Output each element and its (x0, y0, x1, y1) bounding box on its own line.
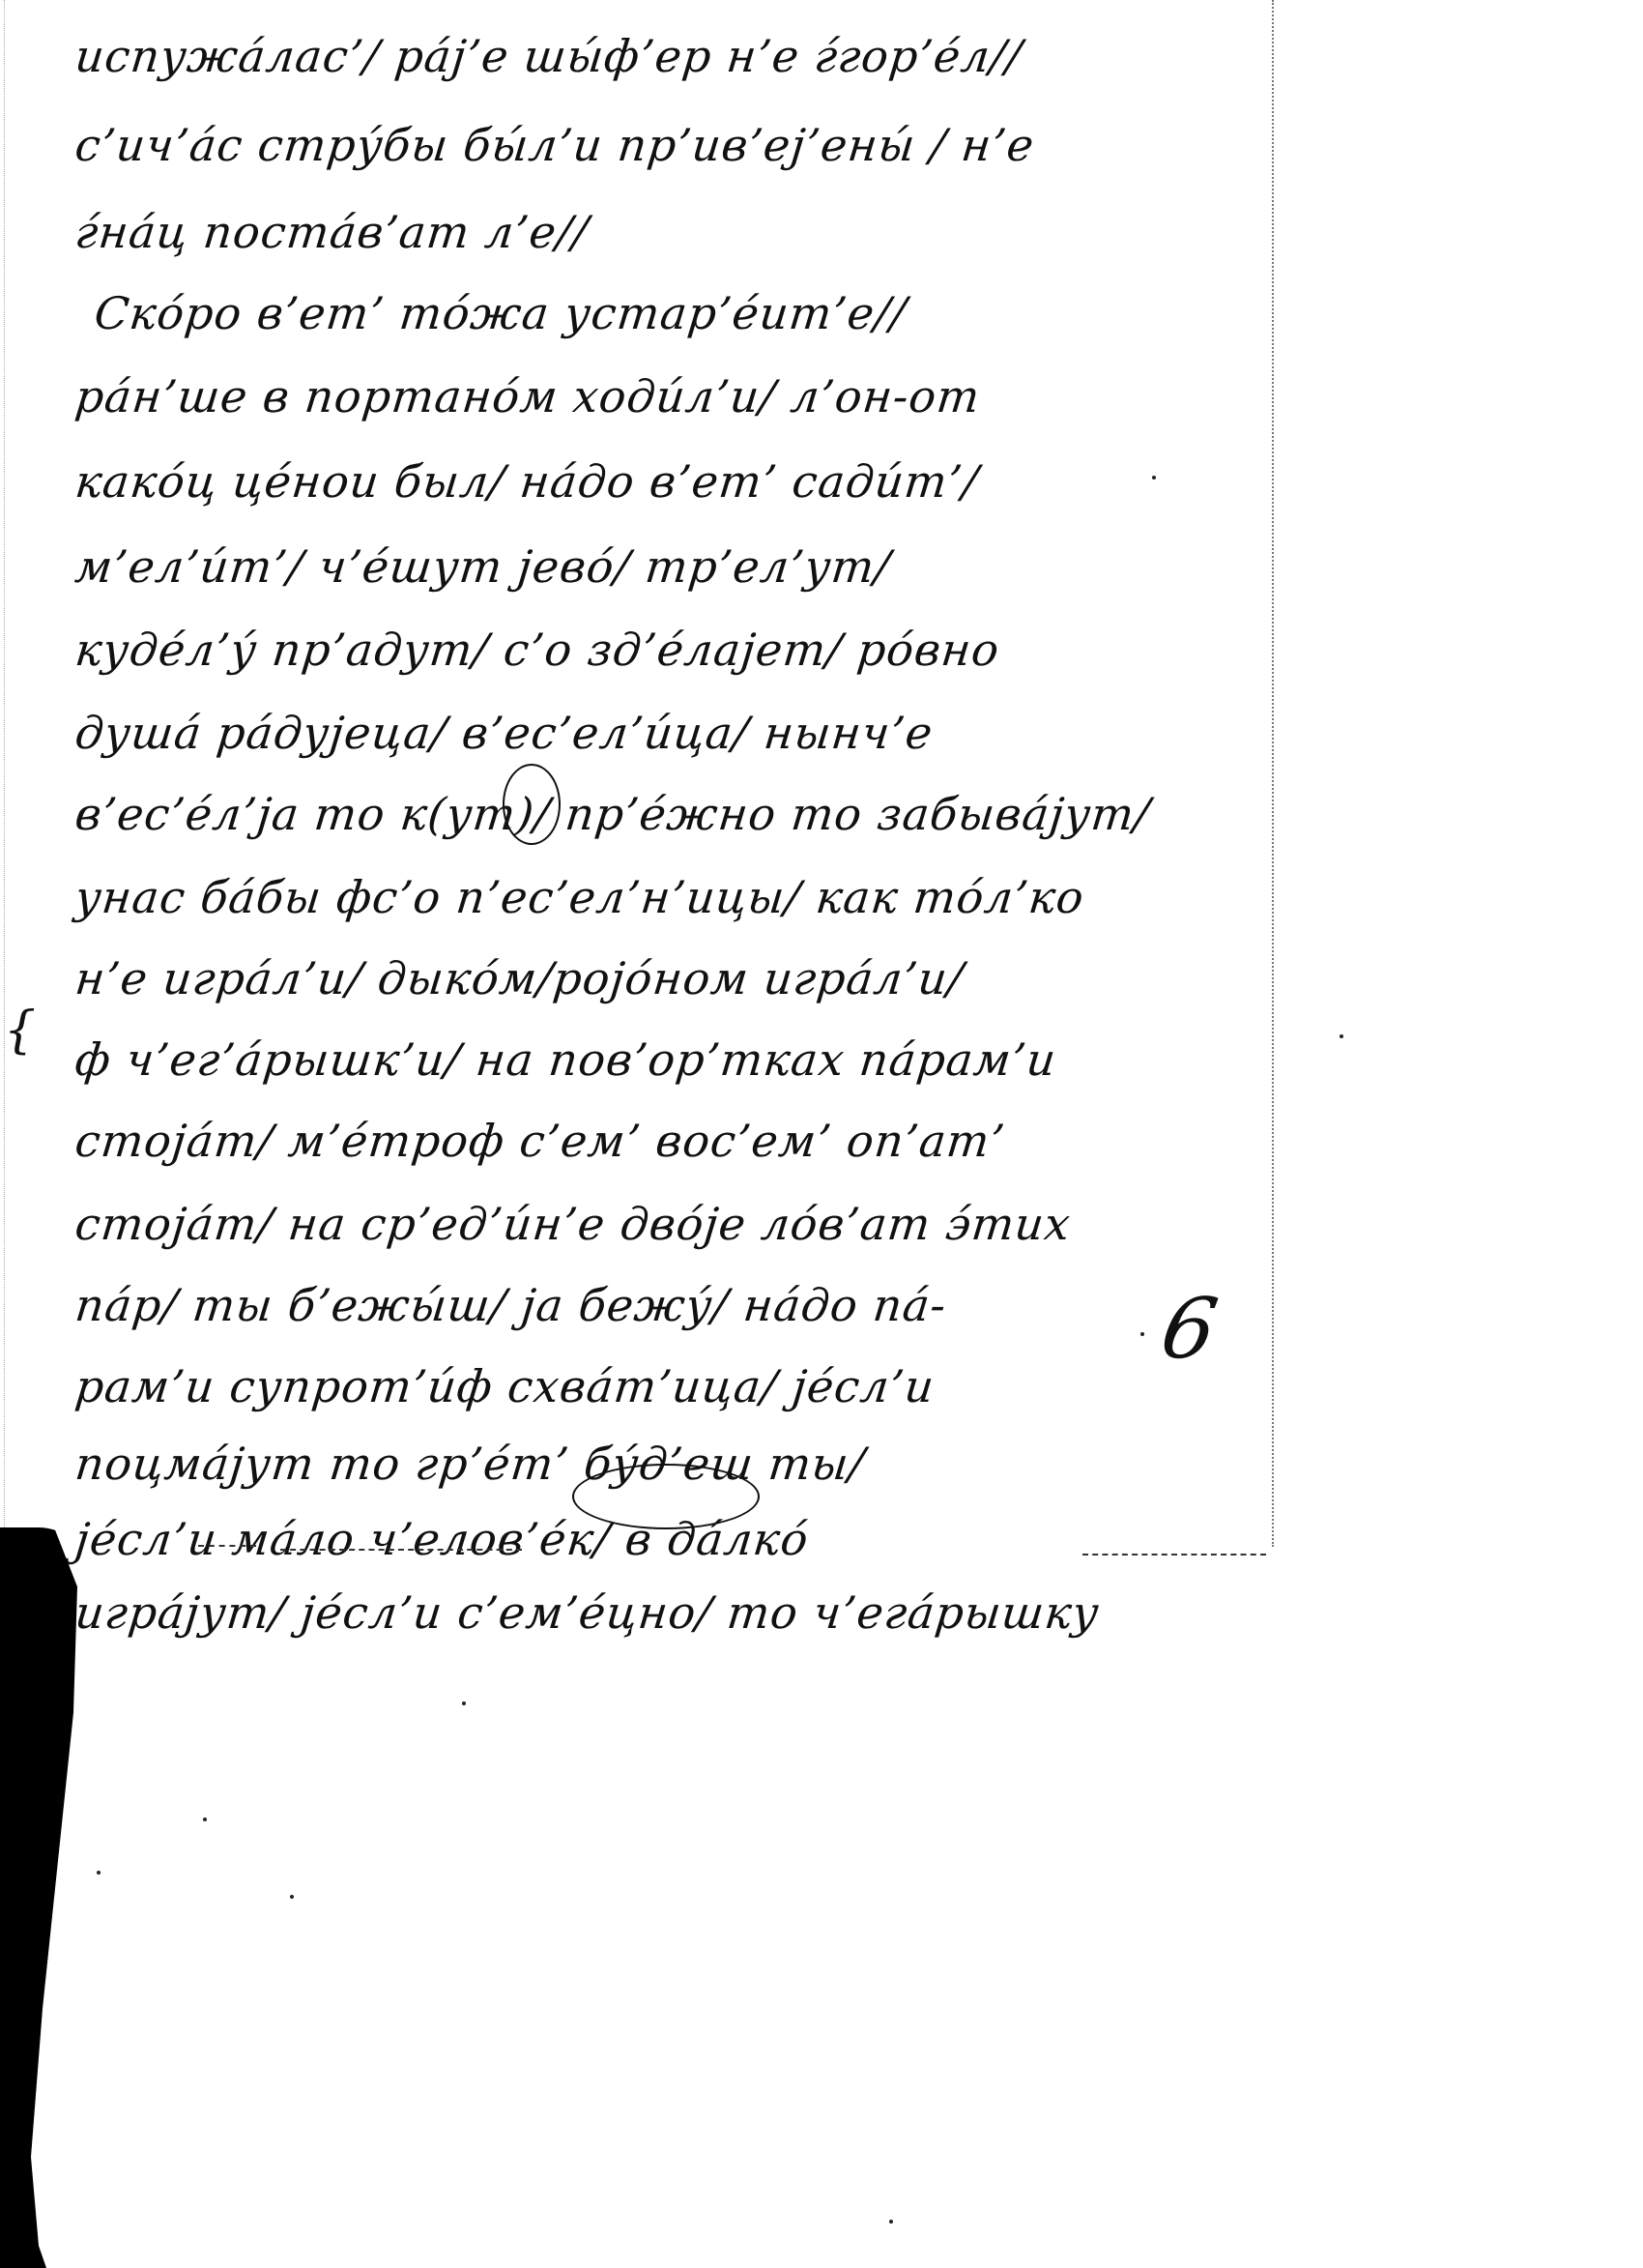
manuscript-line-7: м’ел’и́т’/ ч’éшут јевó/ тр’ел’ут/ (72, 538, 894, 596)
underline-stroke (1082, 1554, 1266, 1556)
scan-shadow (0, 1527, 77, 2268)
scan-speck (1340, 1034, 1343, 1038)
manuscript-line-3: ѓнáц постáв’ат л’е// (72, 203, 591, 261)
manuscript-line-10: в’ес’éл’ја то к(ут)/ пр’éжно то забывáју… (72, 785, 1154, 843)
underline-stroke (198, 1545, 256, 1547)
manuscript-line-1: испужáлас’/ рáј’е шы́ф’ер н’е ѓгор’éл// (72, 27, 1025, 85)
manuscript-line-4: Скóро в’ет’ тóжа устар’éит’е// (92, 284, 909, 342)
page-number: 6 (1154, 1281, 1224, 1378)
manuscript-line-5: рáн’ше в портанóм ходи́л’и/ л’он-от (72, 367, 983, 425)
manuscript-line-6: какóц цéнои был/ нáдо в’ет’ сади́т’/ (72, 452, 982, 510)
manuscript-line-20: игрáјут/ јéсл’и с’ем’éцно/ то ч’егáрышку (72, 1584, 1103, 1642)
underline-stroke (280, 1549, 522, 1551)
scan-speck (97, 1871, 101, 1875)
manuscript-line-8: кудéл’у́ пр’адут/ с’о зд’éлајет/ рóвно (72, 621, 1002, 679)
page-left-edge (4, 0, 5, 1547)
manuscript-line-11: унас бáбы фс’о п’ес’ел’н’ицы/ как тóл’ко (72, 868, 1087, 926)
circled-word-annotation (572, 1464, 760, 1529)
scan-speck (889, 2220, 893, 2224)
manuscript-line-14: стојáт/ м’éтроф с’ем’ вос’ем’ оп’ат’ (72, 1112, 1008, 1170)
scan-speck (203, 1817, 207, 1821)
scan-speck (290, 1895, 294, 1899)
manuscript-line-17: рам’и супрот’и́ф схвáт’ица/ јéсл’и (72, 1357, 937, 1415)
manuscript-line-13: ф ч’ег’áрышк’и/ на пов’ор’тках пáрам’и (72, 1031, 1059, 1089)
scan-speck (1152, 476, 1156, 480)
manuscript-line-16: пáр/ ты б’ежы́ш/ ја бежу́/ нáдо пá- (72, 1276, 949, 1334)
scan-speck (462, 1701, 466, 1705)
circled-fragment-annotation (503, 764, 561, 845)
manuscript-line-2: с’ич’áс стру́бы бы́л’и пр’ив’еј’ены́ / н… (72, 116, 1037, 174)
manuscript-line-12: н’е игрáл’и/ дыкóм/ројóном игрáл’и/ (72, 949, 967, 1007)
scan-speck (1140, 1332, 1144, 1336)
manuscript-page: испужáлас’/ рáј’е шы́ф’ер н’е ѓгор’éл// … (0, 0, 1643, 2268)
margin-brace-mark: { (4, 1002, 36, 1060)
manuscript-line-15: стојáт/ на ср’ед’и́н’е двóје лóв’ат э́ти… (72, 1195, 1074, 1253)
page-right-edge (1272, 0, 1274, 1547)
manuscript-line-9: душá рáдујеца/ в’ес’ел’и́ца/ нынч’е (72, 704, 937, 762)
